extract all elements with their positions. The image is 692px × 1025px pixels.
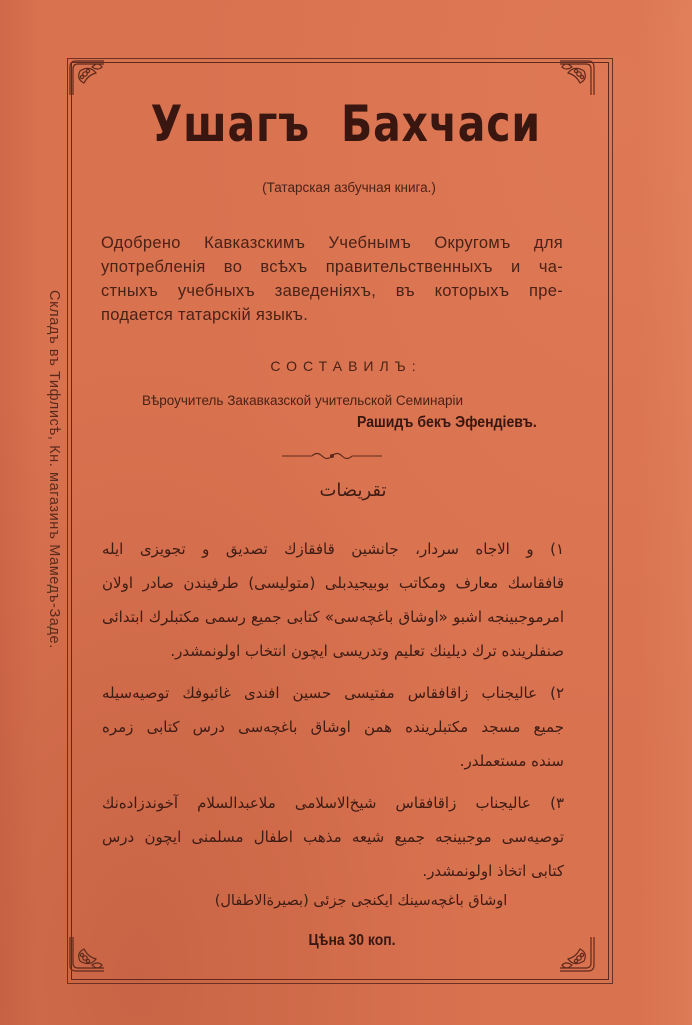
approval-line: употребленія во всѣхъ правительственныхъ… (101, 255, 563, 279)
endorsement-paragraph-1: ۱) و الاجاه سردار، جانشين قافقازك تصديق … (102, 532, 564, 668)
endorsement-paragraph-3: ۳) عاليجناب زاقافقاس شيخ‌الاسلامی ملاعبد… (102, 786, 564, 888)
endorsement-line: جميع مسجد مكتبلرينده همن اوشاق باغچه‌سی … (102, 710, 564, 744)
endorsement-line: امرموجبينجه اشبو «اوشاق باغچه‌سی» كتابی … (102, 600, 564, 634)
compiled-by-label: СОСТАВИЛЪ: (0, 358, 692, 374)
endorsement-line: ۲) عاليجناب زاقافقاس مفتيسی حسين افندی غ… (102, 676, 564, 710)
flourish-divider-icon (282, 450, 382, 462)
endorsement-line: ۱) و الاجاه سردار، جانشين قافقازك تصديق … (102, 532, 564, 566)
author-name: Рашидъ бекъ Эфендіевъ. (357, 414, 537, 432)
endorsement-line: قافقاسك معارف ومكاتب بوبيجيدبلی (متوليسی… (102, 566, 564, 600)
endorsement-line: ۳) عاليجناب زاقافقاس شيخ‌الاسلامی ملاعبد… (102, 786, 564, 820)
endorsement-paragraph-2: ۲) عاليجناب زاقافقاس مفتيسی حسين افندی غ… (102, 676, 564, 778)
approval-statement: Одобрено Кавказскимъ Учебнымъ Округомъ д… (101, 231, 563, 327)
endorsement-line: كتابی اتخاذ اولونمشدر. (102, 854, 564, 888)
endorsements-heading: تقريضات (14, 480, 692, 501)
floral-corner-ornament-icon (558, 57, 598, 97)
endorsement-line: توصيه‌سی موجبينجه جميع شيعه مذهب اطفال م… (102, 820, 564, 854)
title-word-1: Ушагъ (151, 95, 310, 153)
approval-line: стныхъ учебныхъ заведеніяхъ, въ которыхъ… (101, 279, 563, 303)
book-title: УшагъБахчаси (62, 95, 629, 153)
approval-line: подается татарскій языкъ. (101, 303, 563, 327)
book-cover: Складъ въ Тифлисѣ, Кн. магазинъ Мамедъ-З… (0, 0, 692, 1025)
price-label: Цѣна 30 коп. (46, 932, 658, 950)
approval-line: Одобрено Кавказскимъ Учебнымъ Округомъ д… (101, 231, 563, 255)
author-title: Вѣроучитель Закавказской учительской Сем… (142, 393, 463, 408)
series-note: اوشاق باغچه‌سينك ايكنجی جزئی (بصيرة‌الاط… (30, 893, 692, 909)
subtitle: (Татарская азбучная книга.) (6, 180, 692, 195)
floral-corner-ornament-icon (66, 57, 106, 97)
endorsement-line: سنده مستعملدر. (102, 744, 564, 778)
endorsement-line: صنفلرينده ترك ديلينك تعليم وتدريسی ايچون… (102, 634, 564, 668)
title-word-2: Бахчаси (341, 95, 541, 153)
